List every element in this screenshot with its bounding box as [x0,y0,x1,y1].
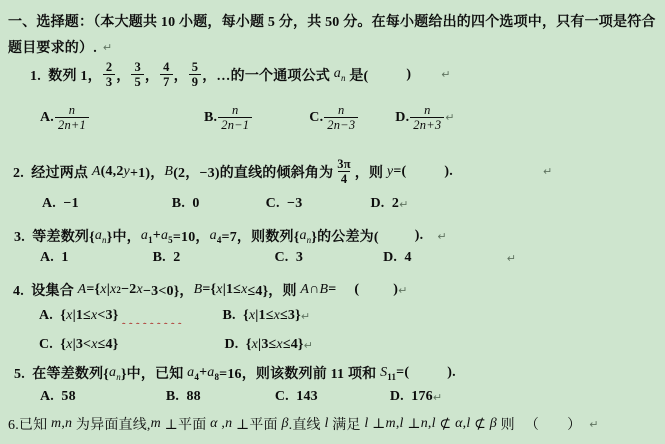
text-run: ⊄ [436,416,455,433]
text-run: =( [396,365,409,381]
text-run: ∩ [309,282,319,298]
spacer [411,74,441,75]
fraction: n2n−3 [324,103,358,132]
text-run: + [199,365,207,381]
text-run: =10， [173,226,210,246]
fraction: 3π4 [334,157,354,186]
spacer [303,258,383,259]
text-run: D. { [224,337,251,353]
paragraph-return-mark: ↵ [304,339,313,352]
spacer [412,258,507,259]
text-run: −3<0}， [143,280,194,300]
math-variable: A [300,282,309,298]
paragraph-return-mark: ↵ [103,41,112,54]
text-run: ⊥平面 [232,414,281,434]
math-variable: n [65,416,72,432]
question-4-stem: 4. 设集合 A={x|x2−2x−3<0}，B={x|1≤x≤4}，则 A∩B… [13,280,408,300]
text-run: ，则 [355,162,387,182]
fraction-denominator: 2n−1 [218,117,252,132]
text-run: ， [116,65,130,85]
text-run: 6.已知 [8,414,51,434]
text-run: C. 143 [275,389,318,405]
fraction: n2n+1 [55,103,89,132]
variable-with-subscript: a1 [141,228,153,245]
spacer [539,424,567,425]
text-run: (2，−3)的直线的倾斜角为 [173,162,333,182]
question-5-stem: 5. 在等差数列{an}中，已知 a4+a8=16，则该数列前 11 项和 S1… [14,363,456,383]
fraction: 35 [131,60,143,89]
text-run: C. { [39,337,66,353]
paragraph-return-mark: ↵ [441,68,450,81]
question-1-stem: 1. 数列 1，23，35，47，59，…的一个通项公式 an 是()↵ [30,60,451,89]
math-variable: B [319,282,328,298]
fraction-numerator: n [66,103,78,117]
text-run: }中，已知 [121,363,187,383]
text-run: A. { [39,308,66,324]
text-run: ⊥ [368,416,385,433]
text-run: D. [395,110,409,126]
fraction-numerator: n [229,103,241,117]
math-variable: A [78,282,87,298]
text-run: −2 [121,282,136,298]
text-run: ). [415,228,424,244]
fraction: n2n+3 [410,103,444,132]
text-run: 3. 等差数列{ [14,226,95,246]
question-4-options-ab: A. {x|1≤x<3} B. {x|1≤x≤3}↵ [39,308,310,324]
fraction-numerator: 5 [189,60,201,74]
math-variable: β [490,416,497,432]
math-variable: B [164,164,173,180]
question-5-options: A. 58B. 88C. 143D. 176↵ [40,389,442,405]
text-run: 满足 [329,414,365,434]
text-run: }中， [107,226,141,246]
text-run: A. 58 [40,389,76,405]
text-run: =( [393,164,406,180]
text-run: ={ [86,282,100,298]
question-6-stem: 6.已知 m,n 为异面直线,m ⊥平面 α ,n ⊥平面 β.直线 l 满足 … [8,414,599,434]
text-run: C. −3 [266,196,303,212]
variable-with-subscript: an [334,66,346,83]
text-run: 1. 数列 1， [30,65,102,85]
text-run: B. [204,110,217,126]
math-variable: m [151,416,161,432]
text-run: 是( [346,65,369,85]
paragraph-return-mark: ↵ [398,284,407,297]
spacer [423,236,437,237]
fraction-numerator: n [335,103,347,117]
text-run: A. 1 [40,250,69,266]
text-run: D. 4 [383,250,412,266]
paragraph-return-mark: ↵ [301,310,310,323]
spacer [253,117,309,118]
math-variable: α [210,416,218,432]
math-variable: B [194,282,203,298]
math-variable: m [386,416,396,432]
text-run: ≤4}，则 [248,280,301,300]
spacer [368,74,406,75]
text-run: (4,2 [101,164,124,180]
text-run: }的公差为( [311,226,378,246]
fraction-numerator: n [421,103,433,117]
fraction: 59 [189,60,201,89]
variable-with-subscript: a8 [207,365,219,382]
spacer [200,204,266,205]
spacer [69,258,153,259]
variable-with-subscript: an [299,228,311,245]
text-run: 题目要求的）. [8,37,97,57]
paragraph-return-mark: ↵ [445,111,454,124]
text-run: ⊥平面 [161,414,210,434]
fraction: 23 [103,60,115,89]
text-run: , [218,416,225,432]
text-run: 一、选择题：（本大题共 10 小题，每小题 5 分，共 50 分。在每小题给出的… [8,11,656,31]
math-variable: a [299,228,306,243]
spacer [336,290,354,291]
spacer [359,117,395,118]
fraction-denominator: 3 [103,74,115,89]
question-2-options: A. −1B. 0C. −3D. 2↵ [42,196,408,212]
spacer [406,171,444,172]
text-run: ≤3} [280,308,301,324]
math-variable: β [281,416,288,432]
question-3-stem: 3. 等差数列{an}中，a1+a5=10，a4=7，则数列{an}的公差为()… [14,226,447,246]
math-variable: n [225,416,232,432]
fraction-numerator: 4 [160,60,172,74]
text-run: = [328,282,336,298]
spacer [76,397,166,398]
spacer [359,290,393,291]
text-run: B. { [222,308,248,324]
spacer [302,204,370,205]
question-2-stem: 2. 经过两点 A(4,2y+1)，B(2，−3)的直线的倾斜角为3π4，则 y… [13,157,552,186]
text-run: 4. 设集合 [13,280,78,300]
text-run: D. 2 [370,196,399,212]
text-run: ， [174,65,188,85]
text-run: B. 88 [166,389,201,405]
math-variable: a [141,228,148,243]
text-run: <3} [97,308,118,324]
math-variable: a [334,66,341,81]
text-run: ). [447,365,456,381]
spacer [515,424,525,425]
spacer [180,258,274,259]
text-run: .直线 [289,414,325,434]
spacer [453,171,543,172]
text-run: ） [567,414,581,434]
text-run: A. [40,110,54,126]
text-run: |1≤ [223,282,241,298]
text-run: ， [145,65,159,85]
section-header-line-2: 题目要求的）.↵ [8,37,112,57]
fraction-denominator: 2n+1 [55,117,89,132]
fraction-numerator: 3π [334,157,354,171]
text-run: ≤4} [98,337,119,353]
spacer [201,397,275,398]
spacer [118,345,224,346]
fraction-denominator: 5 [131,74,143,89]
text-run: ≤4} [283,337,304,353]
math-variable: n [421,416,428,432]
paragraph-return-mark: ↵ [543,165,552,178]
text-run: A. −1 [42,196,79,212]
text-run: D. 176 [390,389,433,405]
fraction-denominator: 9 [189,74,201,89]
spacer [200,316,222,317]
text-run: |3< [73,337,92,353]
spacer [409,373,447,374]
spacer [318,397,390,398]
fraction: n2n−1 [218,103,252,132]
text-run: ⊄ [470,416,489,433]
text-run: （ [525,414,539,434]
text-run: |1≤ [255,308,273,324]
text-run: |1≤ [73,308,91,324]
variable-with-subscript: S11 [380,365,396,382]
fraction-denominator: 7 [160,74,172,89]
spacer [90,117,204,118]
paragraph-return-mark: ↵ [437,230,446,243]
math-variable: A [92,164,101,180]
text-run: C. [309,110,323,126]
spacer [79,204,172,205]
paragraph-return-mark: ↵ [399,198,408,211]
question-3-options: A. 1B. 2C. 3D. 4↵ [40,250,516,266]
fraction-denominator: 2n−3 [324,117,358,132]
text-run: 2. 经过两点 [13,162,92,182]
variable-with-subscript: an [109,365,121,382]
fraction-denominator: 2n+3 [410,117,444,132]
text-run: ). [444,164,453,180]
math-variable: m [51,416,61,432]
variable-with-subscript: an [95,228,107,245]
text-run: C. 3 [274,250,303,266]
variable-with-subscript: a4 [187,365,199,382]
paragraph-return-mark: ↵ [507,252,516,265]
text-run: ，…的一个通项公式 [202,65,334,85]
text-run: ⊥ [404,416,421,433]
spellcheck-wavy-underline [118,308,200,324]
text-run: 5. 在等差数列{ [14,363,109,383]
text-run: +1)， [130,162,164,182]
question-1-options: A.n2n+1B.n2n−1C.n2n−3D.n2n+3↵ [40,103,455,132]
fraction-denominator: 4 [338,171,350,186]
text-run: 则 [497,414,515,434]
math-variable: a [95,228,102,243]
text-run: 为异面直线, [72,414,150,434]
paragraph-return-mark: ↵ [433,391,442,404]
fraction-numerator: 3 [131,60,143,74]
spacer [581,424,589,425]
variable-with-subscript: a4 [210,228,222,245]
subscript: 11 [387,371,396,381]
text-run: =16，则该数列前 11 项和 [219,363,380,383]
text-run: B. 0 [172,196,200,212]
math-variable: a [210,228,217,243]
document-page: 一、选择题：（本大题共 10 小题，每小题 5 分，共 50 分。在每小题给出的… [0,0,665,444]
math-variable: α [455,416,463,432]
text-run: ={ [202,282,216,298]
fraction: 47 [160,60,172,89]
section-header-line-1: 一、选择题：（本大题共 10 小题，每小题 5 分，共 50 分。在每小题给出的… [8,11,656,31]
text-run: + [153,228,161,244]
fraction-numerator: 2 [103,60,115,74]
paragraph-return-mark: ↵ [589,418,598,431]
question-4-options-cd: C. {x|3<x≤4}D. {x|3≤x≤4}↵ [39,337,313,353]
spacer [379,236,415,237]
text-run: B. 2 [153,250,181,266]
text-run: =7，则数列{ [222,226,300,246]
variable-with-subscript: a5 [161,228,173,245]
text-run: |3≤ [258,337,276,353]
